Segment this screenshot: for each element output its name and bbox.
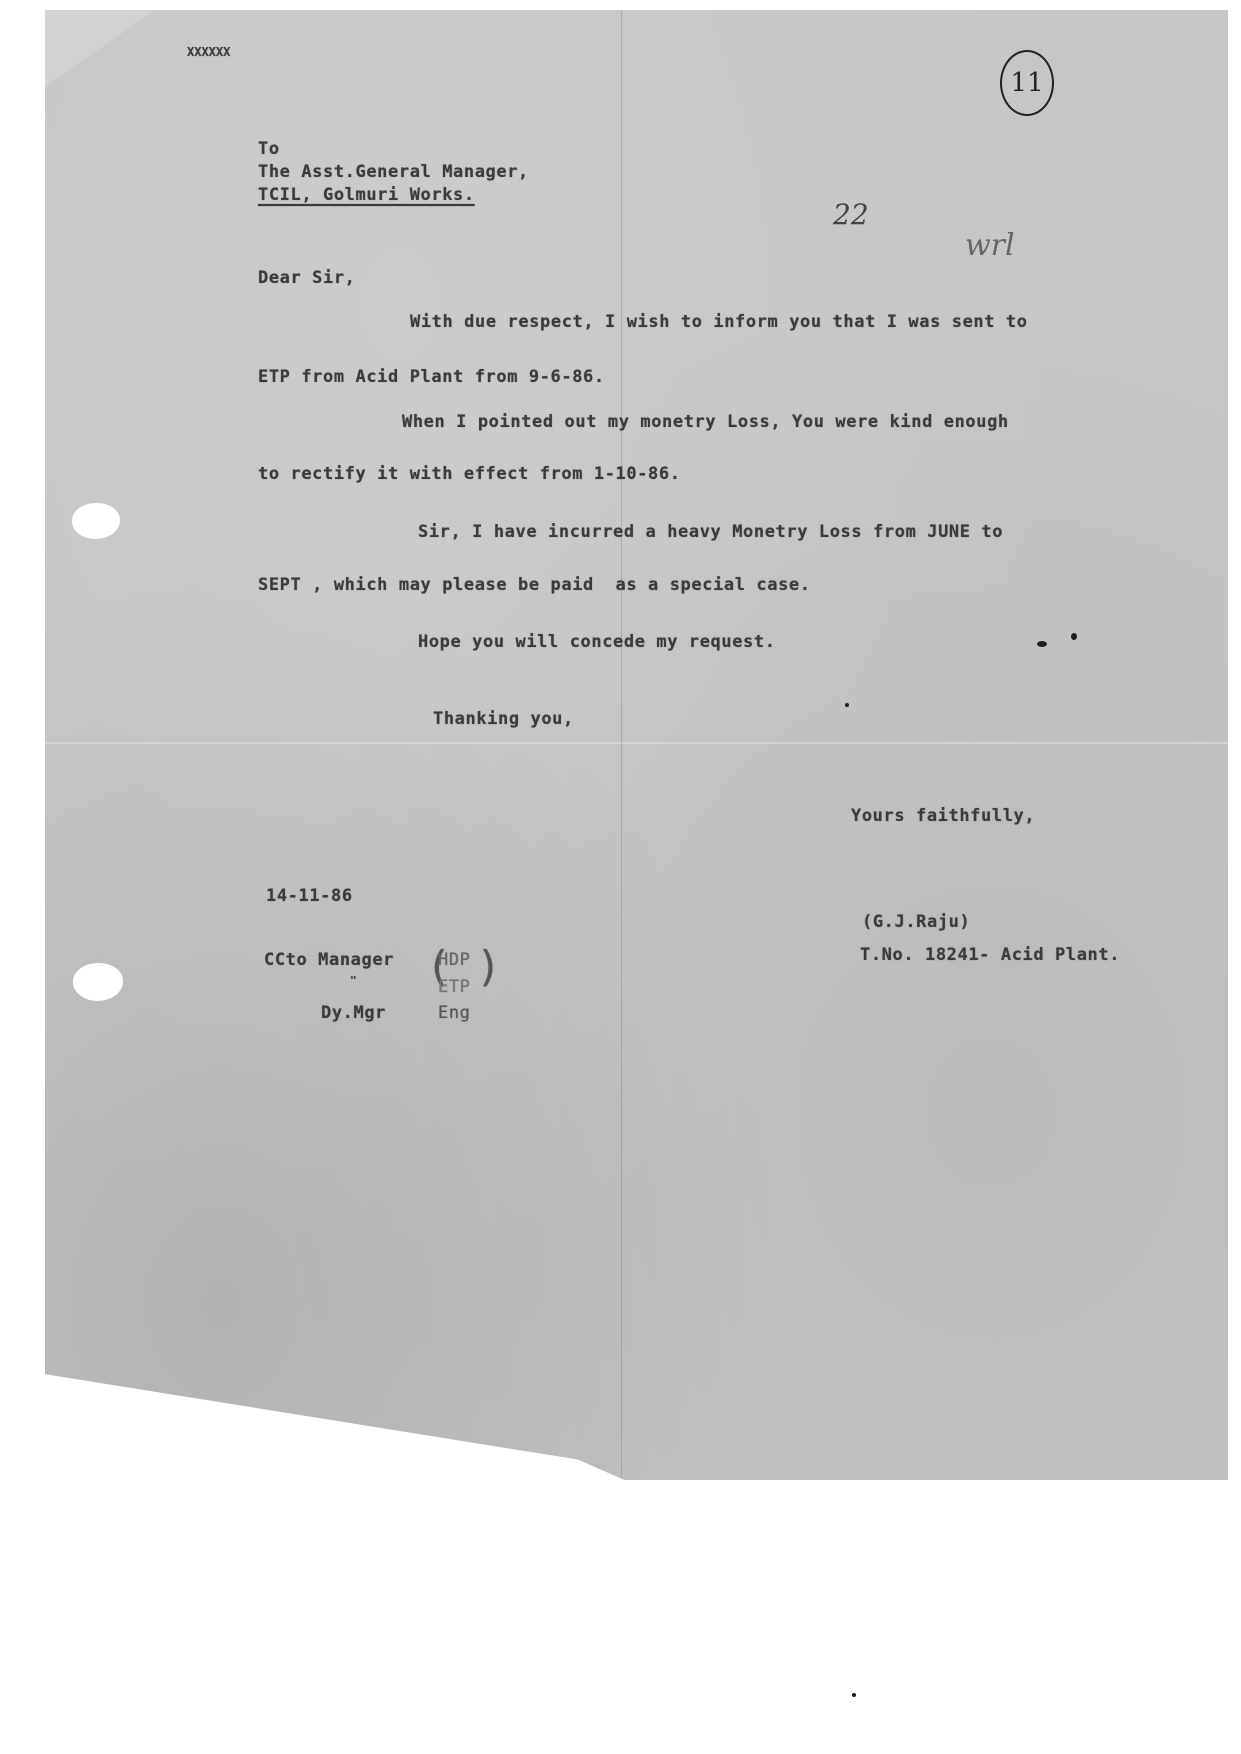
- cc-brace-right: ): [476, 942, 502, 991]
- signatory-name: (G.J.Raju): [862, 912, 970, 932]
- handwritten-initials: wrl: [965, 228, 1015, 263]
- punch-hole-bottom: [73, 963, 123, 1001]
- thanks-line: Thanking you,: [433, 709, 574, 729]
- handwritten-note-22: 22: [833, 198, 869, 231]
- page-number-text: 11: [1010, 68, 1043, 98]
- closing-line: Yours faithfully,: [851, 806, 1035, 826]
- cc-recipient-2: ": [350, 974, 357, 987]
- letter-date: 14-11-86: [266, 886, 353, 906]
- ink-speck: [852, 1693, 856, 1697]
- folded-corner: [45, 10, 155, 90]
- ink-speck: [1037, 641, 1047, 647]
- vertical-crease: [621, 10, 622, 1480]
- ink-speck: [845, 703, 849, 707]
- reference-mark: XXXXXX: [187, 45, 230, 59]
- cc-dept-2: ETP: [438, 977, 471, 997]
- body-line-2: ETP from Acid Plant from 9-6-86.: [258, 367, 605, 387]
- greeting: Dear Sir,: [258, 268, 356, 288]
- body-line-5: Sir, I have incurred a heavy Monetry Los…: [418, 522, 1003, 542]
- recipient-company: TCIL, Golmuri Works.: [258, 185, 475, 205]
- body-line-7: Hope you will concede my request.: [418, 632, 776, 652]
- scanned-letter-page: [45, 10, 1228, 1480]
- body-line-3: When I pointed out my monetry Loss, You …: [402, 412, 1009, 432]
- page-number-annotation: 11: [1000, 50, 1054, 116]
- cc-dept-3: Eng: [438, 1003, 471, 1023]
- punch-hole-top: [72, 503, 120, 539]
- body-line-4: to rectify it with effect from 1-10-86.: [258, 464, 681, 484]
- cc-recipient-3: Dy.Mgr: [321, 1003, 386, 1023]
- body-line-6: SEPT , which may please be paid as a spe…: [258, 575, 811, 595]
- ink-speck: [1071, 633, 1077, 640]
- body-line-1: With due respect, I wish to inform you t…: [410, 312, 1028, 332]
- signatory-ticket: T.No. 18241- Acid Plant.: [860, 945, 1120, 965]
- cc-dept-1: HDP: [438, 950, 471, 970]
- recipient-title: The Asst.General Manager,: [258, 162, 529, 182]
- recipient-to: To: [258, 139, 280, 159]
- horizontal-crease: [45, 742, 1228, 744]
- cc-recipient-1: CCto Manager: [264, 950, 394, 970]
